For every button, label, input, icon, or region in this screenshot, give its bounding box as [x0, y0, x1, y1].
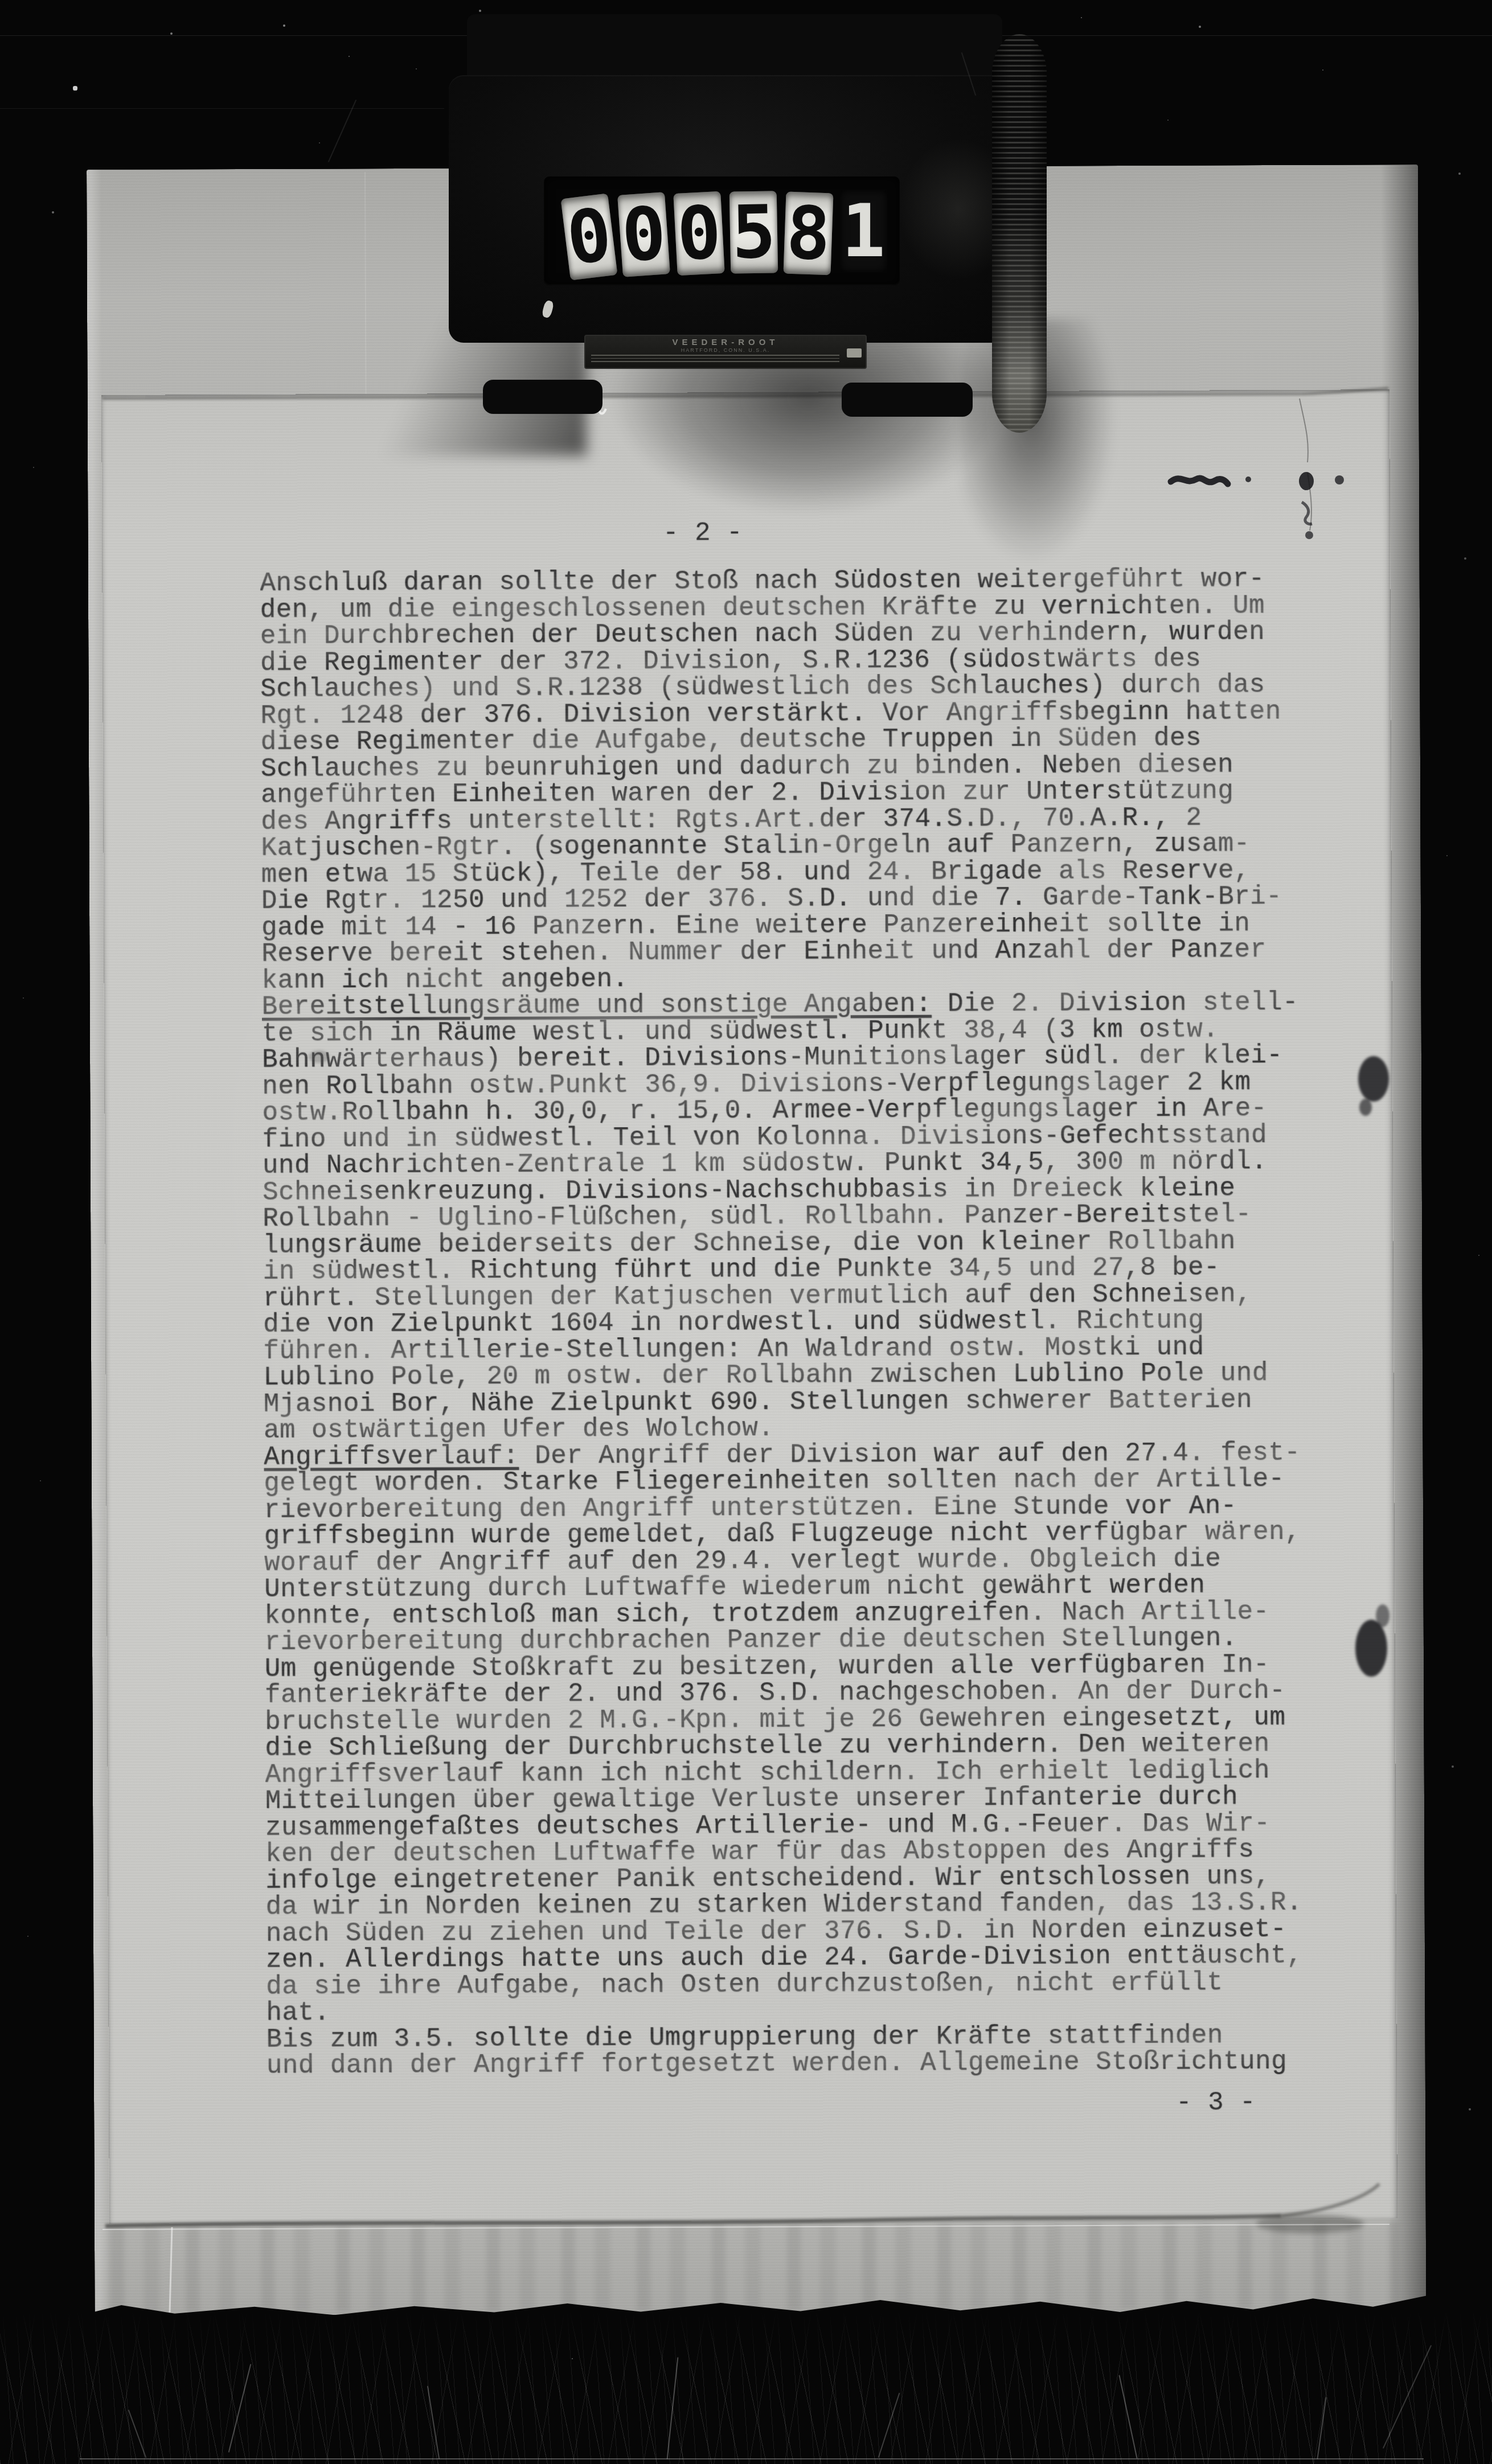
counter-digit-strip: 0 0 0 5 8 1: [565, 192, 887, 274]
counter-brand-text: VEEDER-ROOT: [585, 338, 866, 347]
counter-digit-wheel: 8: [784, 192, 834, 276]
counter-digit-wheel: 0: [561, 193, 618, 280]
film-scratch: [328, 100, 357, 162]
film-dust-specks: [0, 0, 1, 1]
typed-text: Anschluß daran sollte der Stoß nach Südo…: [260, 565, 1348, 2079]
section-heading-angriffsverlauf: Angriffsverlauf:: [264, 1441, 519, 1472]
counter-brand-subtext: HARTFORD, CONN. U.S.A.: [585, 347, 866, 353]
counter-plate-fineprint: [591, 355, 839, 364]
counter-digit-window: 0 0 0 5 8 1: [544, 176, 900, 286]
film-frame-line: [80, 2458, 1424, 2459]
counter-label-plate: VEEDER-ROOT HARTFORD, CONN. U.S.A.: [584, 335, 867, 369]
film-scratch-line-upper: [0, 108, 444, 109]
counter-foot: [842, 383, 973, 417]
counter-thumb-wheel: [992, 34, 1047, 433]
counter-digit-wheel: 1: [840, 190, 887, 272]
counter-foot: [483, 380, 602, 414]
typed-paragraphs-3: Der Angriff der Division war auf den 27.…: [264, 1438, 1302, 2080]
counter-body: 0 0 0 5 8 1 VEEDER-ROOT HARTFORD, CONN. …: [449, 75, 1034, 343]
typed-paragraphs-2: Die 2. Division stell- te sich in Räume …: [262, 988, 1298, 1445]
backing-sheet-mottling: [110, 2222, 1399, 2313]
page-number-bottom: - 3 -: [1176, 2088, 1256, 2118]
counter-digit-wheel: 0: [617, 192, 670, 277]
typed-paragraphs-1: Anschluß daran sollte der Stoß nach Südo…: [260, 564, 1282, 995]
counter-plate-logo: [847, 348, 862, 358]
film-scratches-bottom: [0, 2310, 1492, 2464]
counter-edge-chip: [541, 299, 554, 318]
microfilm-frame: - 2 - Anschluß daran sollte der Stoß nac…: [0, 0, 1492, 2464]
document-page: - 2 - Anschluß daran sollte der Stoß nac…: [101, 389, 1397, 2224]
counter-digit-wheel: 5: [729, 191, 778, 273]
counter-digit-wheel: 0: [673, 191, 725, 276]
page-counter-device: 0 0 0 5 8 1 VEEDER-ROOT HARTFORD, CONN. …: [438, 13, 1054, 354]
section-heading-bereitstellungsraeume: Bereitstellungsräume und sonstige Angabe…: [262, 989, 932, 1022]
